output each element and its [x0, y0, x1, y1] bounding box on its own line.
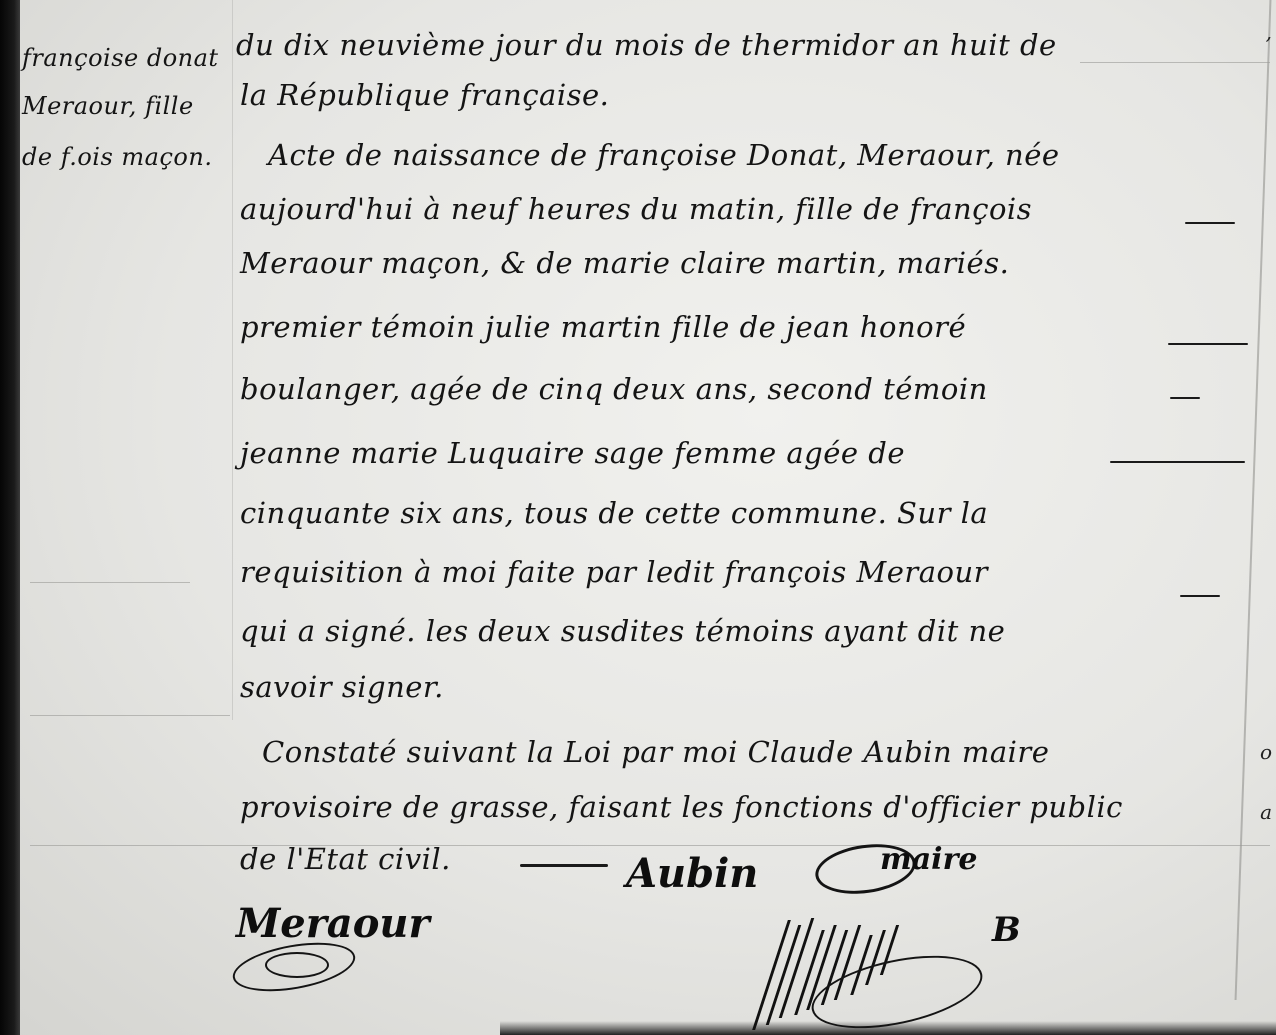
body-line: du dix neuvième jour du mois de thermido…	[236, 28, 1057, 62]
officer-signature: Aubin	[626, 850, 758, 897]
body-line: Meraour maçon, & de marie claire martin,…	[240, 246, 1009, 280]
margin-note-line: de f.ois maçon.	[22, 143, 212, 171]
body-line: qui a signé. les deux susdites témoins a…	[240, 614, 1005, 648]
page-edge	[1235, 0, 1272, 1000]
line-fill-dash	[520, 864, 608, 867]
margin-note-line: françoise donat	[22, 44, 219, 72]
body-line: aujourd'hui à neuf heures du matin, fill…	[240, 192, 1032, 226]
margin-rule	[232, 0, 233, 720]
body-line: Acte de naissance de françoise Donat, Me…	[268, 138, 1060, 172]
signature-flourish	[265, 952, 329, 978]
body-line: savoir signer.	[240, 670, 444, 704]
line-fill-dash	[1180, 595, 1220, 597]
declarant-signature: Meraour	[236, 900, 430, 947]
ruled-line	[1080, 62, 1270, 63]
margin-note-line: Meraour, fille	[22, 92, 194, 120]
line-fill-dash	[1185, 222, 1235, 224]
adjacent-page-fragment: a	[1260, 800, 1272, 824]
adjacent-page-fragment: o	[1260, 740, 1272, 764]
adjacent-page-fragment: ,	[1266, 20, 1272, 44]
body-line: cinquante six ans, tous de cette commune…	[240, 496, 988, 530]
body-line: de l'Etat civil.	[240, 842, 451, 876]
ruled-line	[30, 715, 230, 716]
scanned-document-page: françoise donat Meraour, fille de f.ois …	[0, 0, 1276, 1035]
line-fill-dash	[1110, 461, 1245, 463]
body-line: provisoire de grasse, faisant les foncti…	[240, 790, 1123, 824]
body-line: la République française.	[240, 78, 609, 112]
body-line: Constaté suivant la Loi par moi Claude A…	[262, 735, 1049, 769]
initial-signature: B	[992, 910, 1021, 950]
body-line: requisition à moi faite par ledit franço…	[240, 555, 988, 589]
body-line: jeanne marie Luquaire sage femme agée de	[240, 436, 905, 470]
body-line: premier témoin julie martin fille de jea…	[240, 310, 966, 344]
line-fill-dash	[1168, 343, 1248, 345]
line-fill-dash	[1170, 397, 1200, 399]
book-binding-shadow	[0, 0, 20, 1035]
officer-title: maire	[880, 842, 977, 877]
ruled-line	[30, 582, 190, 583]
ruled-line	[30, 845, 1270, 846]
body-line: boulanger, agée de cinq deux ans, second…	[240, 372, 988, 406]
